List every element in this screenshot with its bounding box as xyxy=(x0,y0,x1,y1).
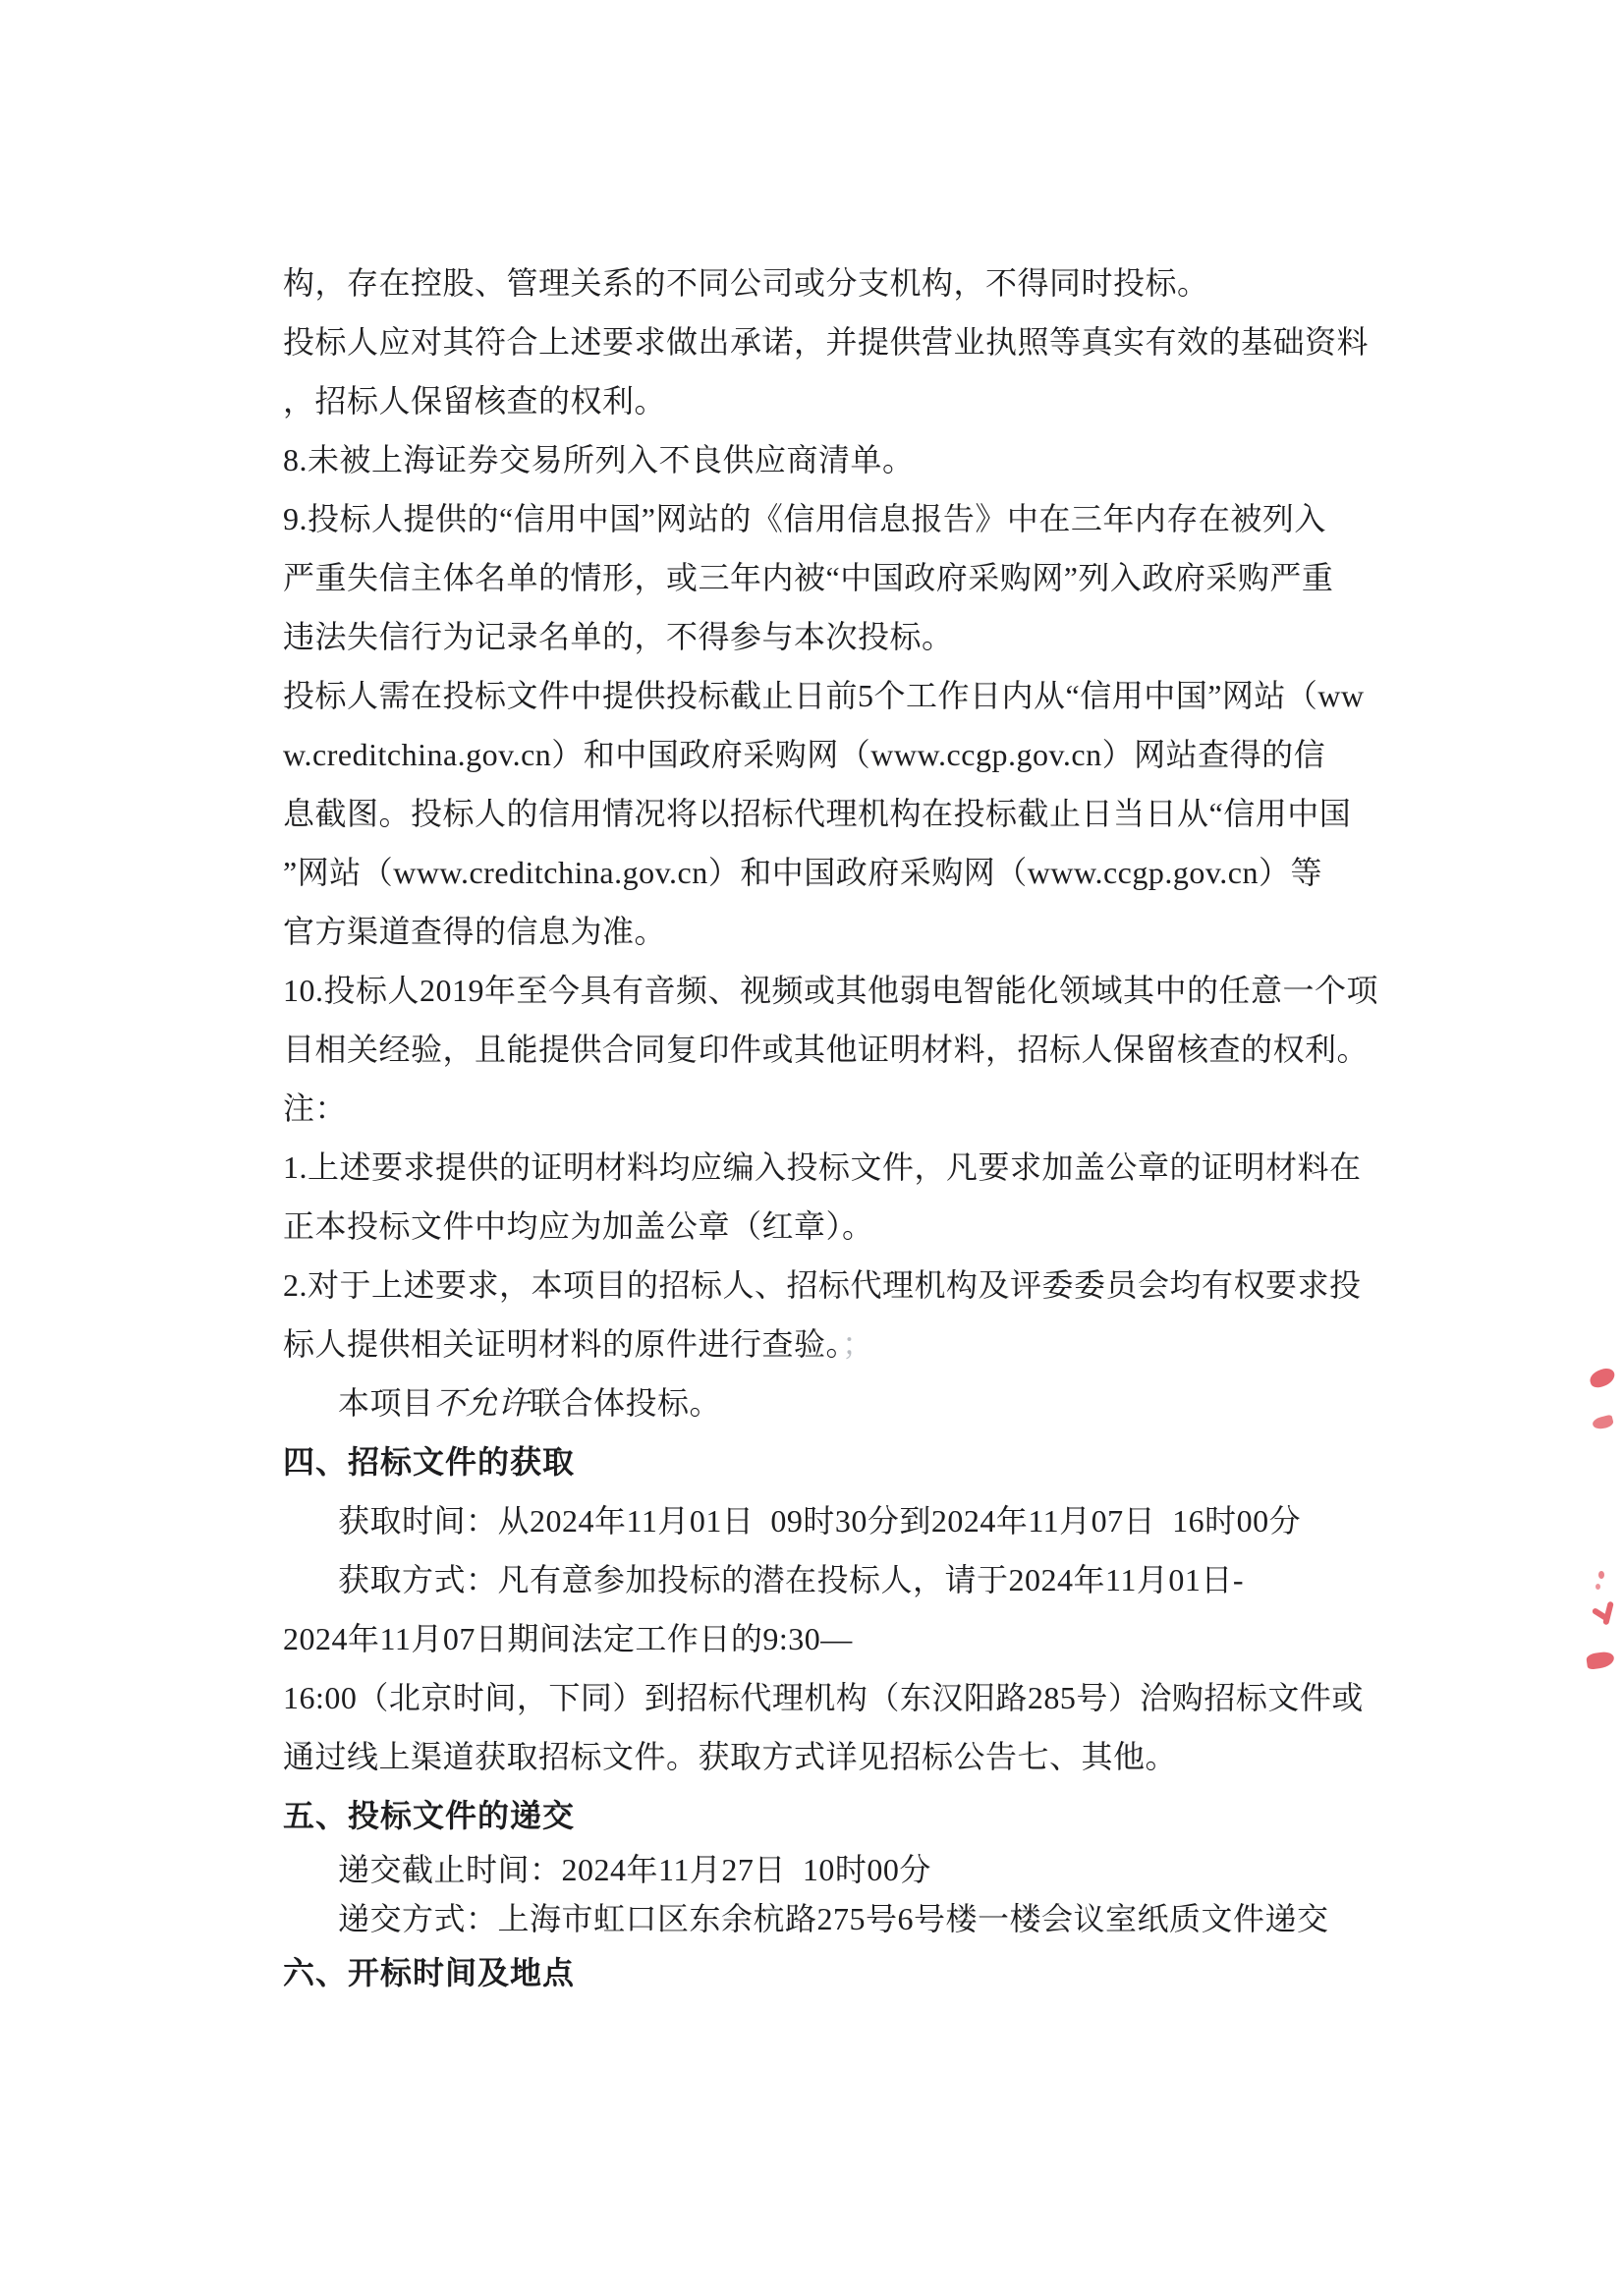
list-item-10: 10.投标人2019年至今具有音频、视频或其他弱电智能化领域其中的任意一个项 xyxy=(283,961,1383,1020)
red-ink-mark xyxy=(1596,1584,1600,1590)
paragraph-line: ”网站（www.creditchina.gov.cn）和中国政府采购网（www.… xyxy=(283,843,1383,902)
paragraph-line: 2024年11月07日期间法定工作日的9:30— xyxy=(283,1609,1383,1668)
obtain-time-line: 获取时间：从2024年11月01日 09时30分到2024年11月07日 16时… xyxy=(283,1491,1383,1550)
faint-semicolon: ； xyxy=(842,1326,874,1362)
paragraph-line: 严重失信主体名单的情形，或三年内被“中国政府采购网”列入政府采购严重 xyxy=(283,548,1383,607)
red-ink-mark xyxy=(1588,1366,1617,1389)
paragraph-line: 构，存在控股、管理关系的不同公司或分支机构，不得同时投标。 xyxy=(283,253,1383,312)
red-ink-mark xyxy=(1592,1415,1614,1431)
list-item-8: 8.未被上海证券交易所列入不良供应商清单。 xyxy=(283,430,1383,489)
paragraph-line: w.creditchina.gov.cn）和中国政府采购网（www.ccgp.g… xyxy=(283,725,1383,784)
red-ink-mark xyxy=(1598,1571,1604,1579)
note-item-1: 1.上述要求提供的证明材料均应编入投标文件，凡要求加盖公章的证明材料在 xyxy=(283,1138,1383,1197)
paragraph-line: 16:00（北京时间，下同）到招标代理机构（东汉阳路285号）洽购招标文件或 xyxy=(283,1668,1383,1727)
paragraph-line: 息截图。投标人的信用情况将以招标代理机构在投标截止日当日从“信用中国 xyxy=(283,784,1383,843)
paragraph-line: 投标人应对其符合上述要求做出承诺，并提供营业执照等真实有效的基础资料 xyxy=(283,312,1383,371)
joint-venture-line: 本项目不允许联合体投标。 xyxy=(283,1373,1383,1432)
submission-deadline-line: 递交截止时间：2024年11月27日 10时00分 xyxy=(283,1845,1383,1894)
joint-venture-suffix: 联合体投标。 xyxy=(530,1385,721,1421)
paragraph-text: 标人提供相关证明材料的原件进行查验。 xyxy=(283,1326,842,1362)
paragraph-line: 通过线上渠道获取招标文件。获取方式详见招标公告七、其他。 xyxy=(283,1727,1383,1786)
paragraph-line: 官方渠道查得的信息为准。 xyxy=(283,902,1383,961)
paragraph-line: 目相关经验，且能提供合同复印件或其他证明材料，招标人保留核查的权利。 xyxy=(283,1020,1383,1079)
paragraph-line: ，招标人保留核查的权利。 xyxy=(283,371,1383,430)
paragraph-line: 投标人需在投标文件中提供投标截止日前5个工作日内从“信用中国”网站（ww xyxy=(283,666,1383,725)
note-label: 注： xyxy=(283,1079,1383,1138)
joint-venture-prefix: 本项目 xyxy=(338,1385,434,1421)
submission-method-line: 递交方式：上海市虹口区东余杭路275号6号楼一楼会议室纸质文件递交 xyxy=(283,1894,1383,1943)
list-item-9: 9.投标人提供的“信用中国”网站的《信用信息报告》中在三年内存在被列入 xyxy=(283,489,1383,548)
document-body: 构，存在控股、管理关系的不同公司或分支机构，不得同时投标。 投标人应对其符合上述… xyxy=(283,253,1383,2002)
section-heading-obtain-documents: 四、招标文件的获取 xyxy=(283,1432,1383,1491)
section-heading-bid-submission: 五、投标文件的递交 xyxy=(283,1786,1383,1845)
paragraph-line: 正本投标文件中均应为加盖公章（红章）。 xyxy=(283,1197,1383,1256)
paragraph-line: 标人提供相关证明材料的原件进行查验。； xyxy=(283,1315,1383,1373)
red-ink-mark xyxy=(1586,1651,1615,1670)
section-heading-bid-opening: 六、开标时间及地点 xyxy=(283,1943,1383,2002)
joint-venture-emphasis: 不允许 xyxy=(434,1385,531,1421)
paragraph-line: 违法失信行为记录名单的，不得参与本次投标。 xyxy=(283,607,1383,666)
note-item-2: 2.对于上述要求，本项目的招标人、招标代理机构及评委委员会均有权要求投 xyxy=(283,1256,1383,1315)
red-ink-mark xyxy=(1602,1601,1614,1626)
scanned-document-page: 构，存在控股、管理关系的不同公司或分支机构，不得同时投标。 投标人应对其符合上述… xyxy=(0,0,1624,2295)
obtain-method-line: 获取方式：凡有意参加投标的潜在投标人，请于2024年11月01日- xyxy=(283,1550,1383,1609)
